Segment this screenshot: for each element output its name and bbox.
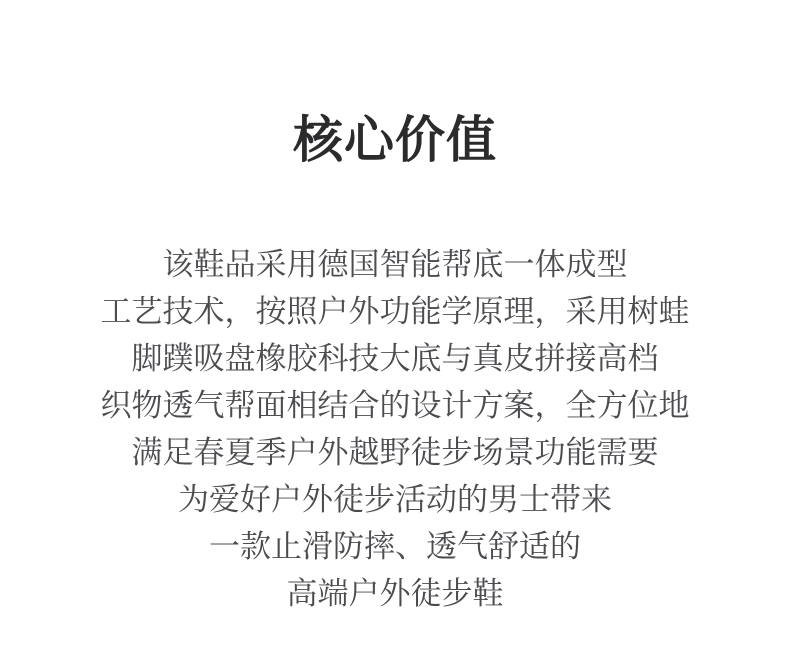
page-title: 核心价值 [0, 0, 790, 168]
description-line: 脚蹼吸盘橡胶科技大底与真皮拼接高档 [0, 335, 790, 382]
description-line: 满足春夏季户外越野徒步场景功能需要 [0, 429, 790, 476]
description-line: 高端户外徒步鞋 [0, 570, 790, 617]
description-line: 该鞋品采用德国智能帮底一体成型 [0, 241, 790, 288]
description-line: 一款止滑防摔、透气舒适的 [0, 523, 790, 570]
description-line: 织物透气帮面相结合的设计方案，全方位地 [0, 382, 790, 429]
product-description-section: 核心价值 该鞋品采用德国智能帮底一体成型工艺技术，按照户外功能学原理，采用树蛙脚… [0, 0, 790, 658]
description-paragraph: 该鞋品采用德国智能帮底一体成型工艺技术，按照户外功能学原理，采用树蛙脚蹼吸盘橡胶… [0, 241, 790, 617]
description-line: 工艺技术，按照户外功能学原理，采用树蛙 [0, 288, 790, 335]
description-line: 为爱好户外徒步活动的男士带来 [0, 476, 790, 523]
